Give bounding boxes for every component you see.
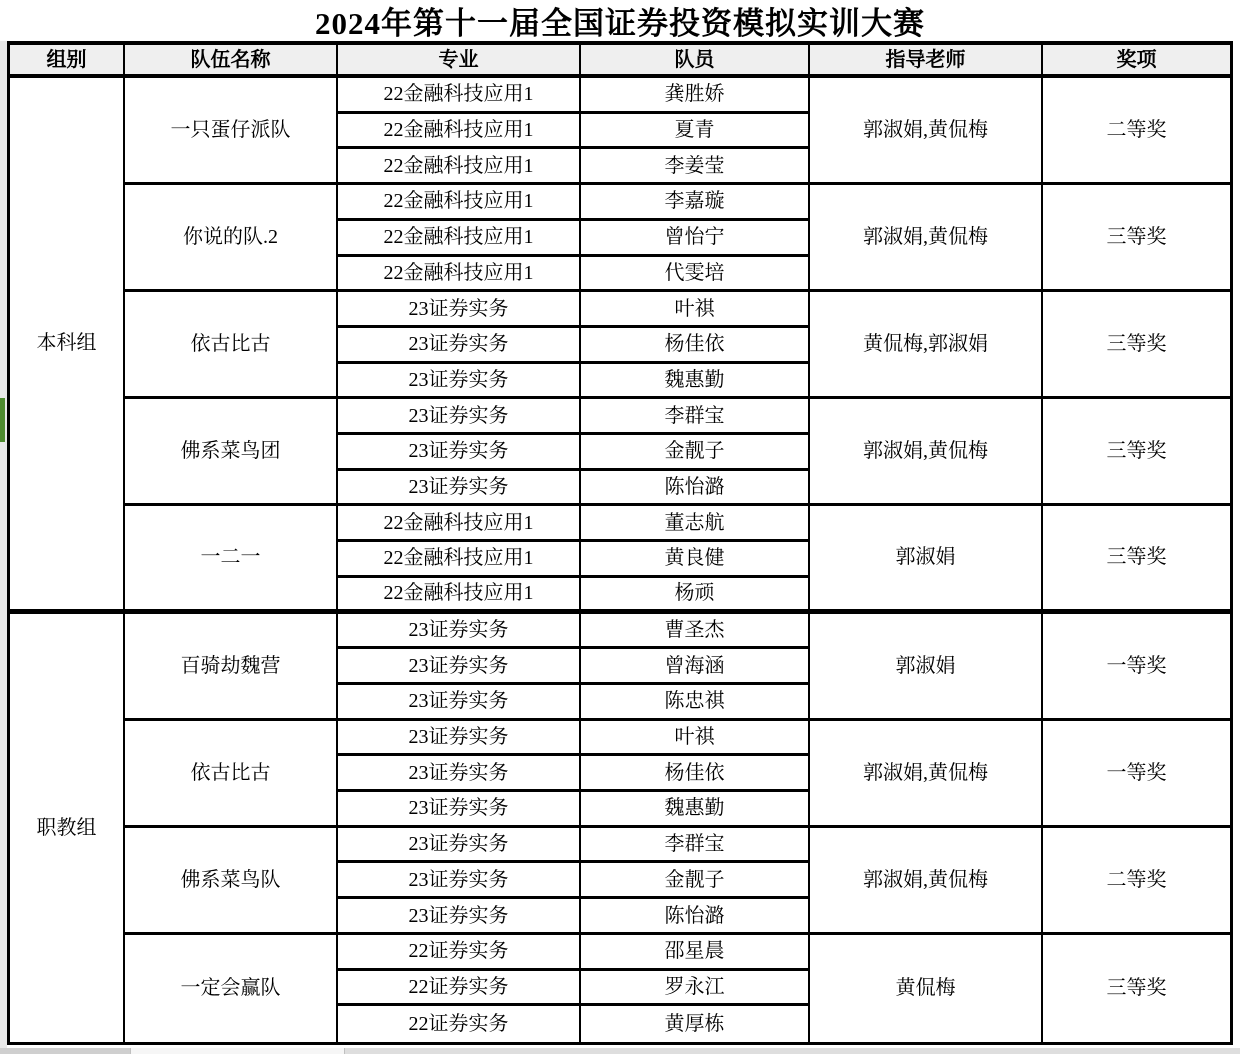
member-cell[interactable]: 龚胜娇 (581, 78, 810, 114)
major-cell[interactable]: 23证券实务 (338, 756, 581, 792)
advisor-cell[interactable]: 郭淑娟,黄侃梅 (810, 78, 1043, 185)
major-cell[interactable]: 22金融科技应用1 (338, 149, 581, 185)
team-cell[interactable]: 你说的队.2 (125, 185, 338, 292)
col-header-major[interactable]: 专业 (338, 45, 581, 78)
major-cell[interactable]: 22金融科技应用1 (338, 221, 581, 257)
major-cell[interactable]: 22证券实务 (338, 1006, 581, 1042)
major-cell[interactable]: 23证券实务 (338, 399, 581, 435)
team-cell[interactable]: 依古比古 (125, 721, 338, 828)
scrollbar-left-segment (0, 1048, 130, 1054)
results-table: 组别 队伍名称 专业 队员 指导老师 奖项 本科组 职教组 一只蛋仔派队 22金… (7, 41, 1233, 1045)
group-cell[interactable]: 本科组 (10, 78, 125, 614)
col-header-group[interactable]: 组别 (10, 45, 125, 78)
team-cell[interactable]: 一二一 (125, 506, 338, 613)
major-cell[interactable]: 22证券实务 (338, 935, 581, 971)
team-cell[interactable]: 佛系菜鸟团 (125, 399, 338, 506)
row-selection-indicator (0, 398, 5, 442)
award-cell[interactable]: 三等奖 (1043, 292, 1230, 399)
member-cell[interactable]: 李群宝 (581, 828, 810, 864)
major-cell[interactable]: 22金融科技应用1 (338, 257, 581, 293)
member-cell[interactable]: 黄厚栋 (581, 1006, 810, 1042)
member-cell[interactable]: 李嘉璇 (581, 185, 810, 221)
sheet-left-margin (0, 41, 7, 1048)
major-cell[interactable]: 22金融科技应用1 (338, 506, 581, 542)
major-cell[interactable]: 23证券实务 (338, 721, 581, 757)
member-cell[interactable]: 魏惠勤 (581, 792, 810, 828)
advisor-cell[interactable]: 郭淑娟,黄侃梅 (810, 185, 1043, 292)
award-cell[interactable]: 一等奖 (1043, 721, 1230, 828)
team-cell[interactable]: 佛系菜鸟队 (125, 828, 338, 935)
member-cell[interactable]: 陈怡潞 (581, 471, 810, 507)
page-title: 2024年第十一届全国证券投资模拟实训大赛 (7, 0, 1233, 41)
spreadsheet-page: 2024年第十一届全国证券投资模拟实训大赛 组别 队伍名称 专业 队员 指导老师… (0, 0, 1240, 1054)
member-cell[interactable]: 杨佳依 (581, 328, 810, 364)
col-header-team[interactable]: 队伍名称 (125, 45, 338, 78)
member-cell[interactable]: 曾海涵 (581, 649, 810, 685)
member-cell[interactable]: 罗永江 (581, 971, 810, 1007)
award-cell[interactable]: 三等奖 (1043, 185, 1230, 292)
member-cell[interactable]: 金靓子 (581, 863, 810, 899)
col-header-award[interactable]: 奖项 (1043, 45, 1230, 78)
advisor-cell[interactable]: 郭淑娟,黄侃梅 (810, 721, 1043, 828)
major-cell[interactable]: 23证券实务 (338, 828, 581, 864)
major-cell[interactable]: 23证券实务 (338, 328, 581, 364)
major-cell[interactable]: 23证券实务 (338, 685, 581, 721)
major-cell[interactable]: 23证券实务 (338, 863, 581, 899)
award-cell[interactable]: 三等奖 (1043, 935, 1230, 1042)
advisor-cell[interactable]: 黄侃梅 (810, 935, 1043, 1042)
major-cell[interactable]: 22金融科技应用1 (338, 542, 581, 578)
major-cell[interactable]: 22金融科技应用1 (338, 185, 581, 221)
member-cell[interactable]: 杨佳依 (581, 756, 810, 792)
award-cell[interactable]: 一等奖 (1043, 614, 1230, 721)
team-cell[interactable]: 百骑劫魏营 (125, 614, 338, 721)
award-cell[interactable]: 二等奖 (1043, 828, 1230, 935)
col-header-advisor[interactable]: 指导老师 (810, 45, 1043, 78)
award-cell[interactable]: 二等奖 (1043, 78, 1230, 185)
award-cell[interactable]: 三等奖 (1043, 506, 1230, 613)
member-cell[interactable]: 董志航 (581, 506, 810, 542)
member-cell[interactable]: 陈怡潞 (581, 899, 810, 935)
member-cell[interactable]: 夏青 (581, 114, 810, 150)
major-cell[interactable]: 22证券实务 (338, 971, 581, 1007)
advisor-cell[interactable]: 郭淑娟 (810, 506, 1043, 613)
col-header-member[interactable]: 队员 (581, 45, 810, 78)
advisor-cell[interactable]: 郭淑娟 (810, 614, 1043, 721)
group-cell[interactable]: 职教组 (10, 614, 125, 1042)
advisor-cell[interactable]: 郭淑娟,黄侃梅 (810, 828, 1043, 935)
advisor-cell[interactable]: 黄侃梅,郭淑娟 (810, 292, 1043, 399)
member-cell[interactable]: 曹圣杰 (581, 614, 810, 650)
member-cell[interactable]: 曾怡宁 (581, 221, 810, 257)
member-cell[interactable]: 金靓子 (581, 435, 810, 471)
major-cell[interactable]: 23证券实务 (338, 649, 581, 685)
member-cell[interactable]: 李群宝 (581, 399, 810, 435)
team-cell[interactable]: 依古比古 (125, 292, 338, 399)
major-cell[interactable]: 23证券实务 (338, 292, 581, 328)
major-cell[interactable]: 22金融科技应用1 (338, 78, 581, 114)
member-cell[interactable]: 李姜莹 (581, 149, 810, 185)
member-cell[interactable]: 邵星晨 (581, 935, 810, 971)
major-cell[interactable]: 22金融科技应用1 (338, 114, 581, 150)
advisor-cell[interactable]: 郭淑娟,黄侃梅 (810, 399, 1043, 506)
team-cell[interactable]: 一只蛋仔派队 (125, 78, 338, 185)
member-cell[interactable]: 代雯培 (581, 257, 810, 293)
major-cell[interactable]: 23证券实务 (338, 364, 581, 400)
member-cell[interactable]: 黄良健 (581, 542, 810, 578)
member-cell[interactable]: 陈忠祺 (581, 685, 810, 721)
scrollbar-thumb[interactable] (130, 1048, 345, 1054)
major-cell[interactable]: 23证券实务 (338, 792, 581, 828)
major-cell[interactable]: 22金融科技应用1 (338, 578, 581, 614)
horizontal-scrollbar[interactable] (0, 1048, 1240, 1054)
member-cell[interactable]: 魏惠勤 (581, 364, 810, 400)
member-cell[interactable]: 叶祺 (581, 721, 810, 757)
major-cell[interactable]: 23证券实务 (338, 471, 581, 507)
member-cell[interactable]: 叶祺 (581, 292, 810, 328)
major-cell[interactable]: 23证券实务 (338, 899, 581, 935)
major-cell[interactable]: 23证券实务 (338, 614, 581, 650)
team-cell[interactable]: 一定会赢队 (125, 935, 338, 1042)
major-cell[interactable]: 23证券实务 (338, 435, 581, 471)
member-cell[interactable]: 杨顽 (581, 578, 810, 614)
award-cell[interactable]: 三等奖 (1043, 399, 1230, 506)
